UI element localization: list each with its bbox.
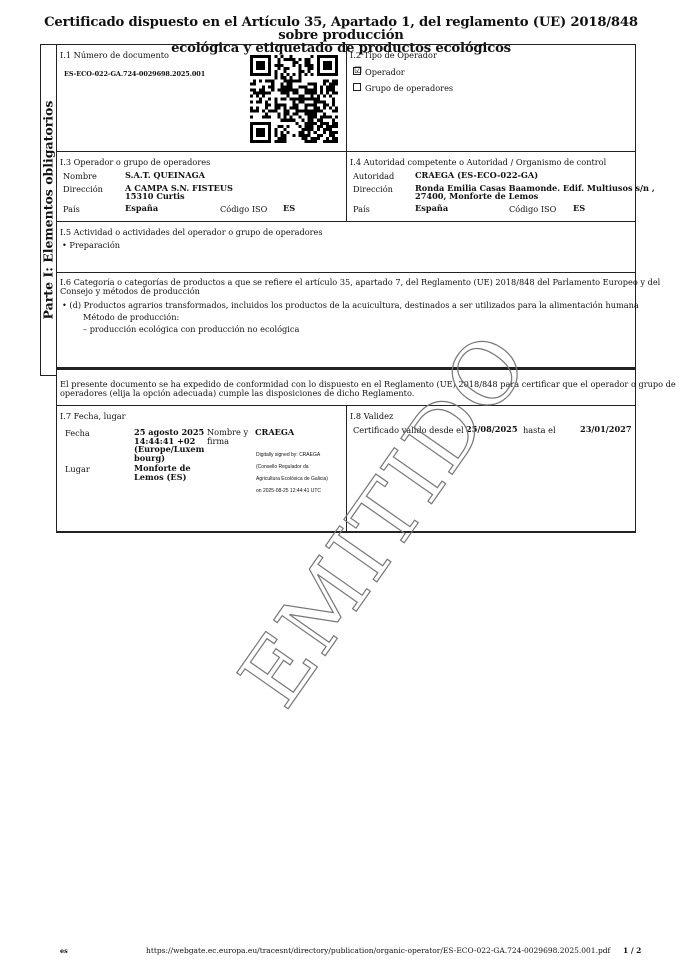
footer-language: es	[60, 947, 68, 955]
title-line-1: Certificado dispuesto en el Artículo 35,…	[40, 16, 642, 42]
valid-from-date: 25/08/2025	[466, 425, 518, 434]
authority-address-line-2: 27400, Monforte de Lemos	[415, 192, 538, 201]
section-i8-title: I.8 Validez	[350, 411, 393, 421]
authority-country-label: País	[353, 204, 370, 214]
section-i8-validity: I.8 Validez Certificado válido desde el …	[346, 405, 636, 533]
authority-label: Autoridad	[353, 171, 394, 181]
section-i4-authority: I.4 Autoridad competente o Autoridad / O…	[346, 151, 636, 222]
date-line-4: bourg)	[134, 454, 204, 463]
production-method-label: Método de producción:	[83, 312, 179, 322]
operator-name-label: Nombre	[63, 171, 97, 181]
digital-signature-line-4: on 2025-08-25 12:44:41 UTC	[256, 488, 321, 494]
statement-text: El presente documento se ha expedido de …	[60, 380, 676, 397]
place-value: Monforte de Lemos (ES)	[134, 464, 191, 481]
section-i1-document-number: I.1 Número de documento ES-ECO-022-GA.72…	[56, 44, 347, 152]
section-i6-title: I.6 Categoría o categorías de productos …	[60, 278, 660, 295]
operator-address-line-2: 15310 Curtis	[125, 192, 185, 201]
operator-group-checkbox[interactable]	[353, 83, 361, 91]
operator-option-label: Operador	[365, 67, 405, 77]
operator-iso-label: Código ISO	[220, 204, 267, 214]
section-i3-title: I.3 Operador o grupo de operadores	[60, 157, 210, 167]
section-i5-title: I.5 Actividad o actividades del operador…	[60, 227, 323, 237]
operator-country: España	[125, 204, 158, 213]
section-i2-title: I.2 Tipo de Operador	[350, 50, 437, 60]
section-i5-activities: I.5 Actividad o actividades del operador…	[56, 221, 636, 273]
section-i4-title: I.4 Autoridad competente o Autoridad / O…	[350, 157, 606, 167]
document-number: ES-ECO-022-GA.724-0029698.2025.001	[64, 70, 205, 78]
production-method: – producción ecológica con producción no…	[83, 324, 299, 334]
digital-signature-line-3: Agricultura Ecolóxica de Galicia)	[256, 476, 328, 482]
product-category: • (d) Productos agrarios transformados, …	[62, 300, 639, 310]
operator-country-label: País	[63, 204, 80, 214]
operator-checkbox[interactable]: ☑	[353, 67, 361, 75]
section-i7-title: I.7 Fecha, lugar	[60, 411, 126, 421]
footer-page-number: 1 / 2	[623, 946, 641, 955]
operator-name: S.A.T. QUEINAGA	[125, 171, 205, 180]
authority-country: España	[415, 204, 448, 213]
section-i1-title: I.1 Número de documento	[60, 50, 169, 60]
signature-label: Nombre y firma	[207, 428, 248, 445]
qr-code-icon[interactable]	[250, 55, 338, 143]
section-i2-operator-type: I.2 Tipo de Operador ☑ Operador Grupo de…	[346, 44, 636, 152]
authority-iso-label: Código ISO	[509, 204, 556, 214]
authority-name: CRAEGA (ES-ECO-022-GA)	[415, 171, 538, 180]
signer-name: CRAEGA	[255, 428, 294, 437]
section-i6-categories: I.6 Categoría o categorías de productos …	[56, 272, 636, 368]
place-label: Lugar	[65, 464, 90, 474]
checkmark-icon: ☑	[354, 66, 362, 76]
digital-signature-line-1: Digitally signed by: CRAEGA	[256, 452, 320, 458]
signature-label-line-2: firma	[207, 437, 248, 446]
operator-iso: ES	[283, 204, 295, 213]
statement-line-2: operadores (elija la opción adecuada) cu…	[60, 389, 676, 398]
footer-url[interactable]: https://webgate.ec.europa.eu/tracesnt/di…	[146, 946, 610, 955]
valid-to-label: hasta el	[523, 425, 556, 435]
date-label: Fecha	[65, 428, 90, 438]
section-i7-date-place: I.7 Fecha, lugar Fecha 25 agosto 2025 14…	[56, 405, 347, 533]
place-line-2: Lemos (ES)	[134, 473, 191, 482]
date-value: 25 agosto 2025 14:44:41 +02 (Europe/Luxe…	[134, 428, 204, 462]
authority-iso: ES	[573, 204, 585, 213]
valid-from-label: Certificado válido desde el	[353, 425, 464, 435]
digital-signature-line-2: (Consello Regulador da	[256, 464, 309, 470]
authority-address-label: Dirección	[353, 184, 393, 194]
side-label: Parte I: Elementos obligatorios	[41, 101, 56, 320]
valid-to-date: 23/01/2027	[580, 425, 632, 434]
section-i6-title-line-2: Consejo y métodos de producción	[60, 287, 660, 296]
operator-group-option-label: Grupo de operadores	[365, 83, 453, 93]
section-i3-operator: I.3 Operador o grupo de operadores Nombr…	[56, 151, 347, 222]
operator-address-label: Dirección	[63, 184, 103, 194]
conformity-statement: El presente documento se ha expedido de …	[56, 368, 636, 406]
activity-item: • Preparación	[62, 240, 120, 250]
